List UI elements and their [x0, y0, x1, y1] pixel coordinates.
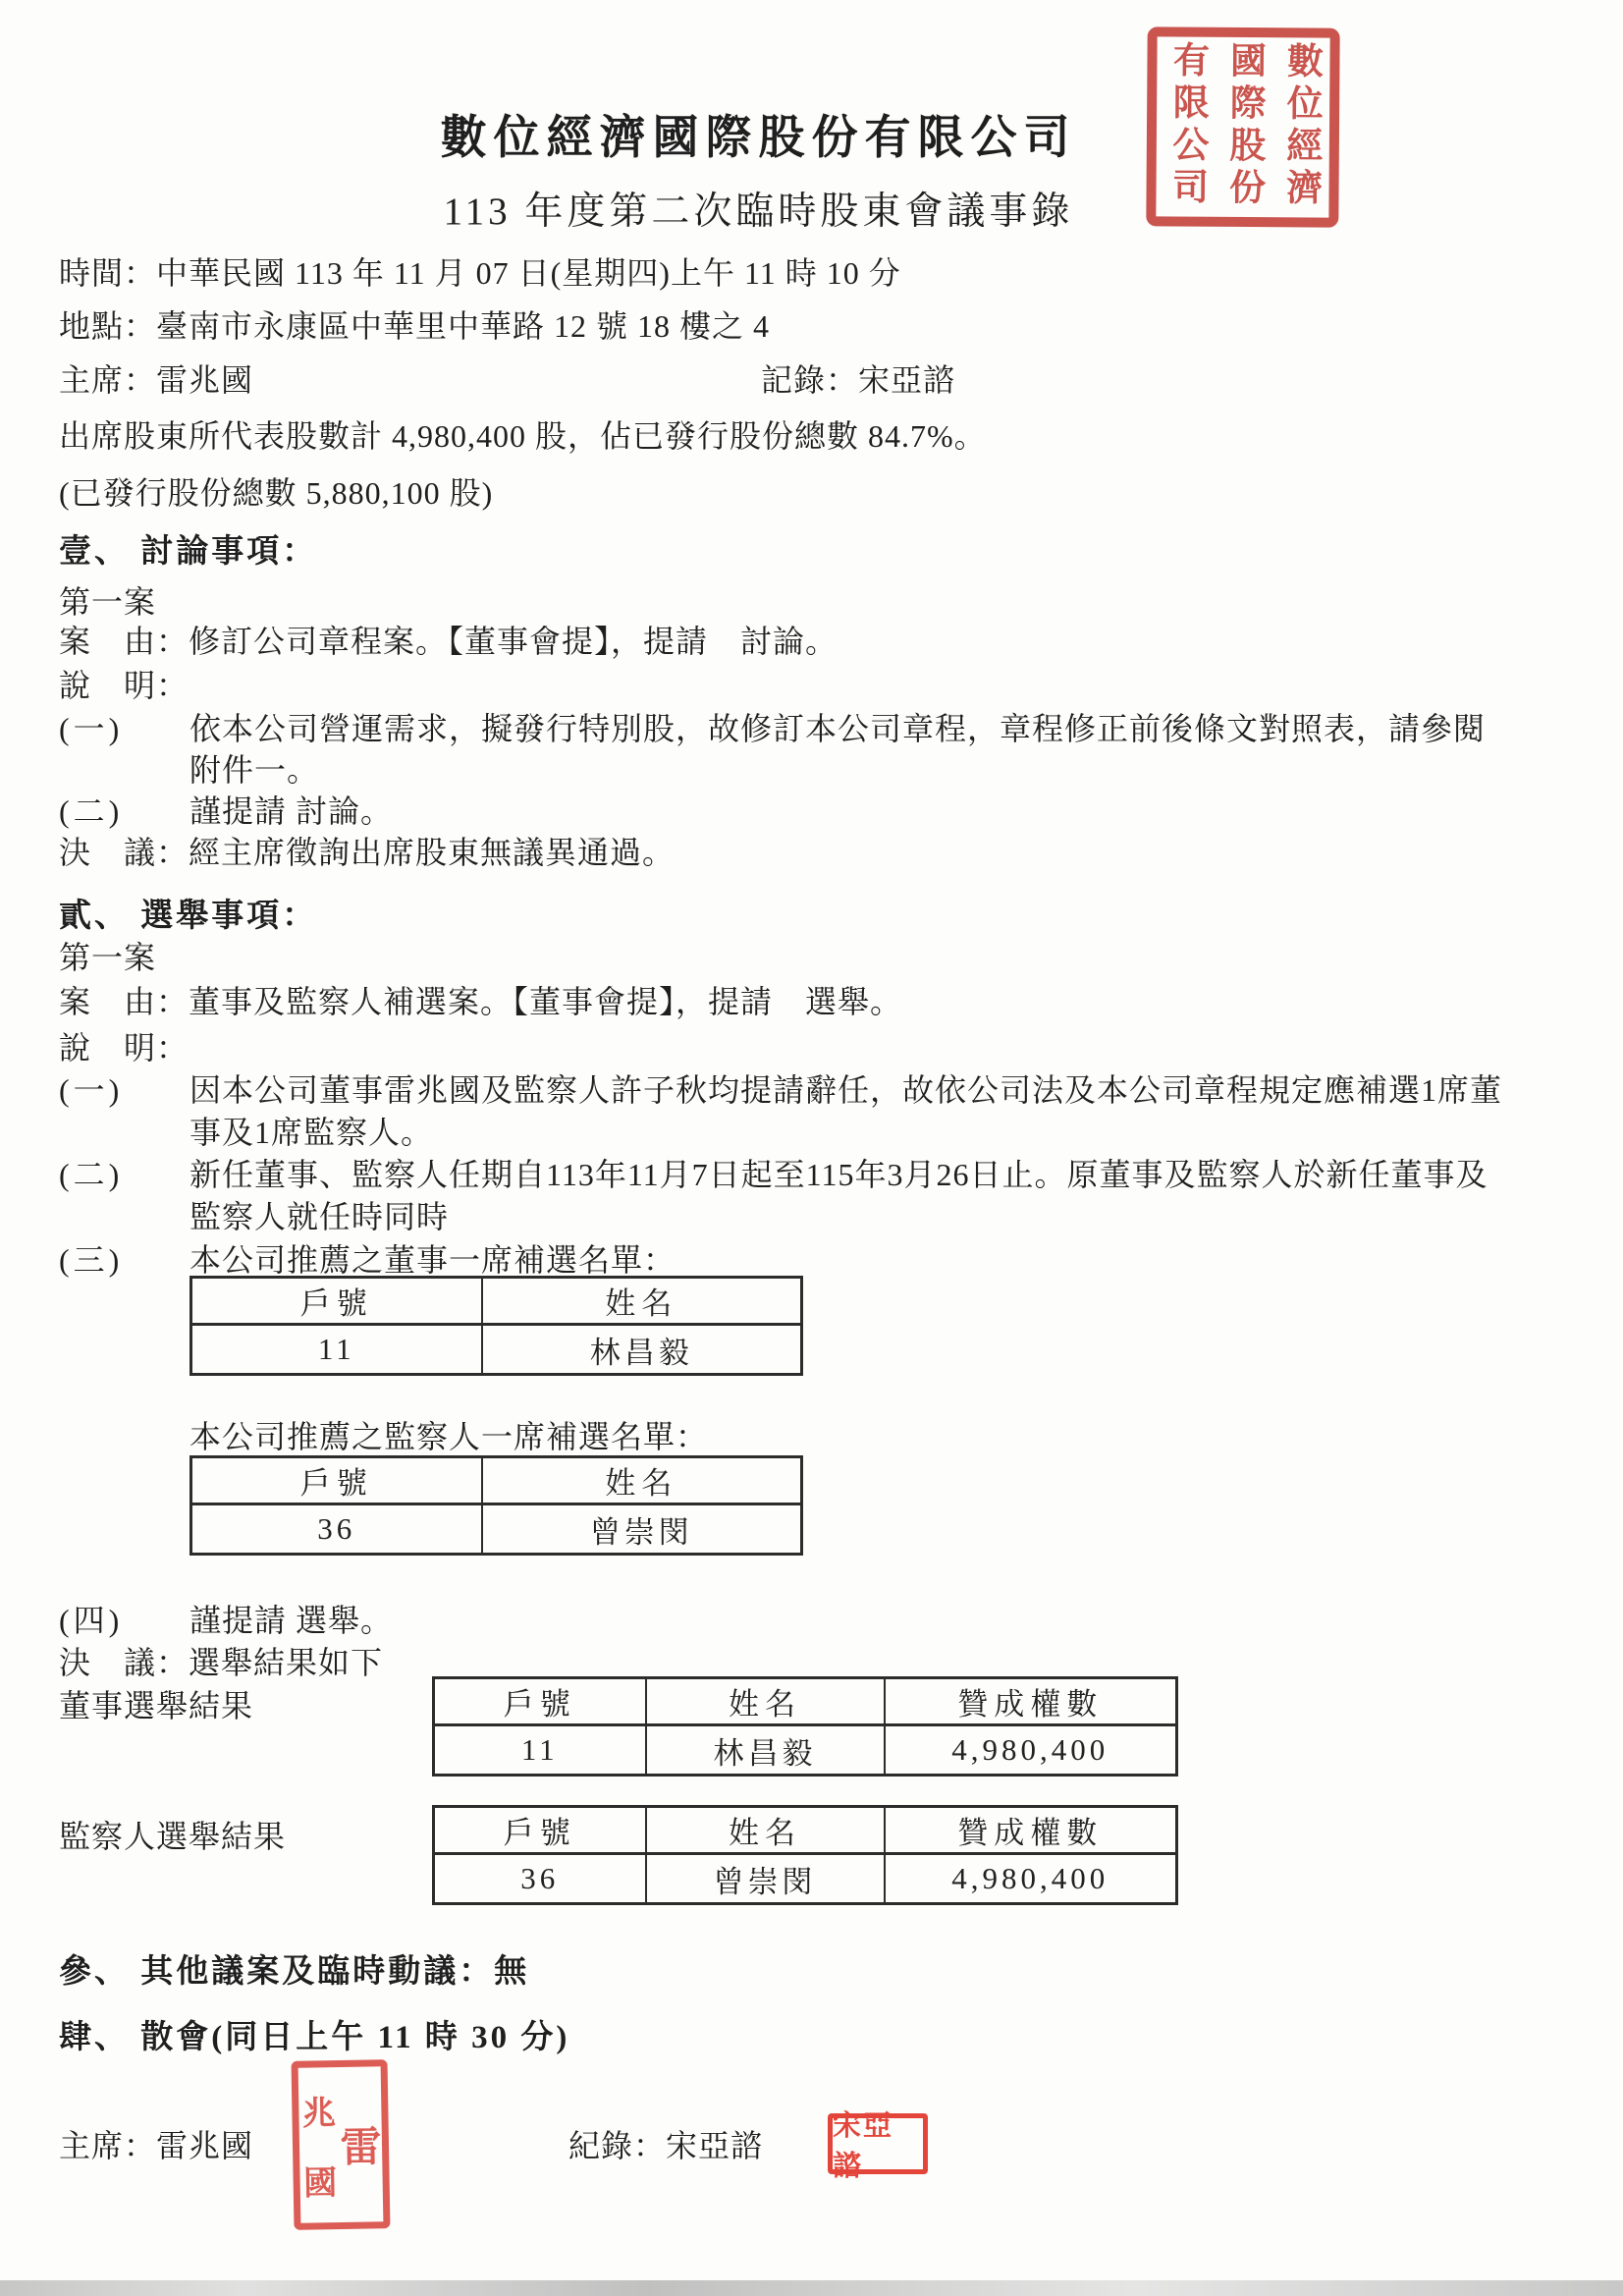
recorder-seal: 宋亞諮 — [828, 2113, 928, 2174]
table-cell: 林昌毅 — [482, 1325, 802, 1375]
chairman-seal-char: 國 — [303, 2156, 338, 2205]
table-header-cell: 戶號 — [191, 1278, 482, 1325]
section-1-resolution: 決 議：經主席徵詢出席股東無議異通過。 — [59, 833, 675, 872]
section-2-subject: 案 由：董事及監察人補選案。【董事會提】，提請 選舉。 — [59, 982, 902, 1021]
item-marker: (二) — [59, 792, 189, 831]
section-1-case-no: 第一案 — [59, 582, 156, 622]
table-cell: 11 — [191, 1325, 482, 1375]
section-2-item-1-line-1: (一)因本公司董事雷兆國及監察人許子秋均提請辭任，故依公司法及本公司章程規定應補… — [59, 1070, 1502, 1110]
chairman-seal: 雷 兆 國 — [292, 2059, 391, 2230]
attendance-line: 出席股東所代表股數計 4,980,400 股，佔已發行股份總數 84.7%。 — [59, 416, 987, 456]
table-cell: 4,980,400 — [885, 1854, 1177, 1904]
chairman-line: 主席：雷兆國 — [59, 360, 253, 400]
supervisor-result-table: 戶號 姓名 贊成權數 36 曾崇閔 4,980,400 — [432, 1805, 1178, 1905]
section-2-item-3: (三)本公司推薦之董事一席補選名單： — [59, 1240, 676, 1280]
table-header-cell: 戶號 — [434, 1678, 646, 1725]
company-seal-text: 數位經濟國際股份有限公司 — [1157, 40, 1328, 214]
item-text: 謹提請 選舉。 — [189, 1603, 393, 1638]
section-2-item-2-line-2: 監察人就任時同時 — [189, 1197, 449, 1236]
table-header-cell: 戶號 — [434, 1807, 646, 1854]
recorder-line: 記錄：宋亞諮 — [761, 360, 955, 400]
section-2-item-1-line-2: 事及1席監察人。 — [189, 1113, 433, 1152]
table-header-cell: 贊成權數 — [885, 1807, 1177, 1854]
supervisor-list-title: 本公司推薦之監察人一席補選名單： — [189, 1417, 708, 1456]
section-2-heading: 貳、 選舉事項： — [59, 897, 317, 937]
chairman-seal-column: 兆 國 — [298, 2067, 342, 2223]
item-text: 依本公司營運需求，擬發行特別股，故修訂本公司章程，章程修正前後條文對照表，請參閱 — [189, 711, 1486, 746]
table-header-cell: 姓名 — [482, 1457, 802, 1504]
section-2-resolution: 決 議：選舉結果如下 — [59, 1643, 383, 1682]
item-marker: (四) — [59, 1601, 189, 1640]
place-line: 地點：臺南市永康區中華里中華路 12 號 18 樓之 4 — [59, 306, 770, 346]
section-2-case-no: 第一案 — [59, 938, 156, 977]
supervisor-result-label: 監察人選舉結果 — [59, 1817, 286, 1856]
item-marker: (二) — [59, 1155, 189, 1194]
table-cell: 曾崇閔 — [482, 1504, 802, 1555]
table-cell: 11 — [434, 1725, 646, 1776]
table-header-cell: 姓名 — [646, 1807, 885, 1854]
chairman-seal-char: 兆 — [301, 2086, 336, 2135]
section-1-heading: 壹、 討論事項： — [59, 532, 317, 573]
section-3-heading: 參、 其他議案及臨時動議：無 — [59, 1952, 529, 1993]
item-text: 因本公司董事雷兆國及監察人許子秋均提請辭任，故依公司法及本公司章程規定應補選1席… — [189, 1072, 1502, 1108]
section-2-explanation-label: 說 明： — [59, 1028, 189, 1067]
table-header-cell: 姓名 — [646, 1678, 885, 1725]
scan-edge-artifact — [0, 2280, 1623, 2296]
time-line: 時間：中華民國 113 年 11 月 07 日(星期四)上午 11 時 10 分 — [59, 253, 901, 293]
director-candidate-table: 戶號 姓名 11 林昌毅 — [189, 1276, 803, 1376]
item-marker: (一) — [59, 1070, 189, 1110]
table-header-cell: 戶號 — [191, 1457, 482, 1504]
table-cell: 4,980,400 — [885, 1725, 1177, 1776]
table-cell: 林昌毅 — [646, 1725, 885, 1776]
issued-shares-line: (已發行股份總數 5,880,100 股) — [59, 473, 493, 513]
table-cell: 36 — [191, 1504, 482, 1555]
item-marker: (一) — [59, 709, 189, 748]
section-1-item-1-line-1: (一)依本公司營運需求，擬發行特別股，故修訂本公司章程，章程修正前後條文對照表，… — [59, 709, 1486, 748]
director-result-table: 戶號 姓名 贊成權數 11 林昌毅 4,980,400 — [432, 1676, 1178, 1777]
section-1-item-2: (二)謹提請 討論。 — [59, 792, 393, 831]
director-result-label: 董事選舉結果 — [59, 1686, 253, 1725]
section-1-subject: 案 由：修訂公司章程案。【董事會提】，提請 討論。 — [59, 622, 838, 661]
section-2-item-4: (四)謹提請 選舉。 — [59, 1601, 393, 1640]
meeting-minutes-page: 數位經濟國際股份有限公司 113 年度第二次臨時股東會議事錄 數位經濟國際股份有… — [0, 0, 1623, 2296]
table-cell: 36 — [434, 1854, 646, 1904]
section-2-item-2-line-1: (二)新任董事、監察人任期自113年11月7日起至115年3月26日止。原董事及… — [59, 1155, 1488, 1194]
section-1-explanation-label: 說 明： — [59, 666, 189, 705]
chairman-seal-char: 雷 — [339, 2066, 384, 2222]
table-cell: 曾崇閔 — [646, 1854, 885, 1904]
footer-chairman-label: 主席：雷兆國 — [59, 2126, 253, 2165]
item-text: 本公司推薦之董事一席補選名單： — [189, 1242, 676, 1278]
section-1-item-1-line-2: 附件一。 — [189, 750, 319, 790]
item-marker: (三) — [59, 1240, 189, 1280]
table-header-cell: 贊成權數 — [885, 1678, 1177, 1725]
table-header-cell: 姓名 — [482, 1278, 802, 1325]
supervisor-candidate-table: 戶號 姓名 36 曾崇閔 — [189, 1455, 803, 1556]
item-text: 謹提請 討論。 — [189, 793, 393, 829]
company-seal: 數位經濟國際股份有限公司 — [1146, 27, 1339, 227]
footer-recorder-label: 紀錄：宋亞諮 — [568, 2126, 763, 2165]
section-4-heading: 肆、 散會(同日上午 11 時 30 分) — [59, 2018, 569, 2058]
item-text: 新任董事、監察人任期自113年11月7日起至115年3月26日止。原董事及監察人… — [189, 1157, 1488, 1192]
